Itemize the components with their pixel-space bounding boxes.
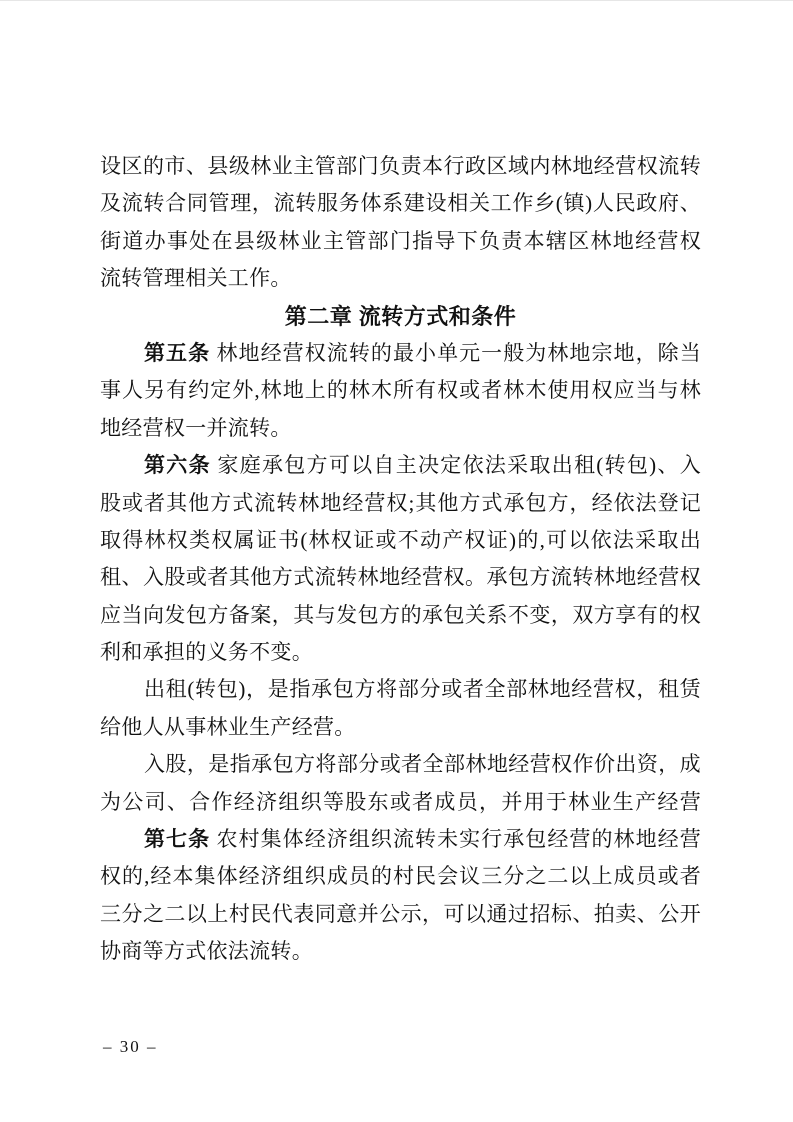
shareholding-definition-paragraph-line-1: 入股，是指承包方将部分或者全部林地经营权作价出资，成: [100, 746, 701, 783]
article-6-paragraph-line-4: 租、入股或者其他方式流转林地经营权。承包方流转林地经营权: [100, 559, 701, 596]
article-5-paragraph-line-2: 事人另有约定外,林地上的林木所有权或者林木使用权应当与林: [100, 372, 701, 409]
chapter-heading: 第二章 流转方式和条件: [100, 298, 701, 335]
article-6-paragraph-line-2: 股或者其他方式流转林地经营权;其他方式承包方，经依法登记: [100, 485, 701, 522]
article-7-paragraph-line-4: 协商等方式依法流转。: [100, 933, 701, 970]
lease-definition-paragraph-line-1: 出租(转包)，是指承包方将部分或者全部林地经营权，租赁: [100, 671, 701, 708]
article-7-paragraph-line-3: 三分之二以上村民代表同意并公示，可以通过招标、拍卖、公开: [100, 896, 701, 933]
article-6-paragraph-line-3: 取得林权类权属证书(林权证或不动产权证)的,可以依法采取出: [100, 522, 701, 559]
article-6-paragraph-line-5: 应当向发包方备案，其与发包方的承包关系不变，双方享有的权: [100, 597, 701, 634]
article-5-paragraph-line-1: 第五条 林地经营权流转的最小单元一般为林地宗地，除当: [100, 335, 701, 372]
continuation-paragraph-line-3: 街道办事处在县级林业主管部门指导下负责本辖区林地经营权: [100, 223, 701, 260]
document-text-column: 设区的市、县级林业主管部门负责本行政区域内林地经营权流转及流转合同管理，流转服务…: [100, 148, 701, 971]
article-number-label: 第五条: [144, 342, 210, 365]
continuation-paragraph-line-1: 设区的市、县级林业主管部门负责本行政区域内林地经营权流转: [100, 148, 701, 185]
article-5-paragraph-line-3: 地经营权一并流转。: [100, 410, 701, 447]
article-6-paragraph-line-1: 第六条 家庭承包方可以自主决定依法采取出租(转包)、入: [100, 447, 701, 484]
article-number-label: 第七条: [144, 828, 210, 851]
document-page: 设区的市、县级林业主管部门负责本行政区域内林地经营权流转及流转合同管理，流转服务…: [0, 0, 793, 1122]
article-6-paragraph-line-6: 利和承担的义务不变。: [100, 634, 701, 671]
shareholding-definition-paragraph-line-2: 为公司、合作经济组织等股东或者成员，并用于林业生产经营: [100, 784, 701, 821]
lease-definition-paragraph-line-2: 给他人从事林业生产经营。: [100, 709, 701, 746]
article-number-label: 第六条: [144, 454, 211, 477]
article-7-paragraph-line-2: 权的,经本集体经济组织成员的村民会议三分之二以上成员或者: [100, 858, 701, 895]
page-number: – 30 –: [103, 1035, 158, 1059]
continuation-paragraph-line-4: 流转管理相关工作。: [100, 260, 701, 297]
continuation-paragraph-line-2: 及流转合同管理，流转服务体系建设相关工作乡(镇)人民政府、: [100, 185, 701, 222]
article-7-paragraph-line-1: 第七条 农村集体经济组织流转未实行承包经营的林地经营: [100, 821, 701, 858]
